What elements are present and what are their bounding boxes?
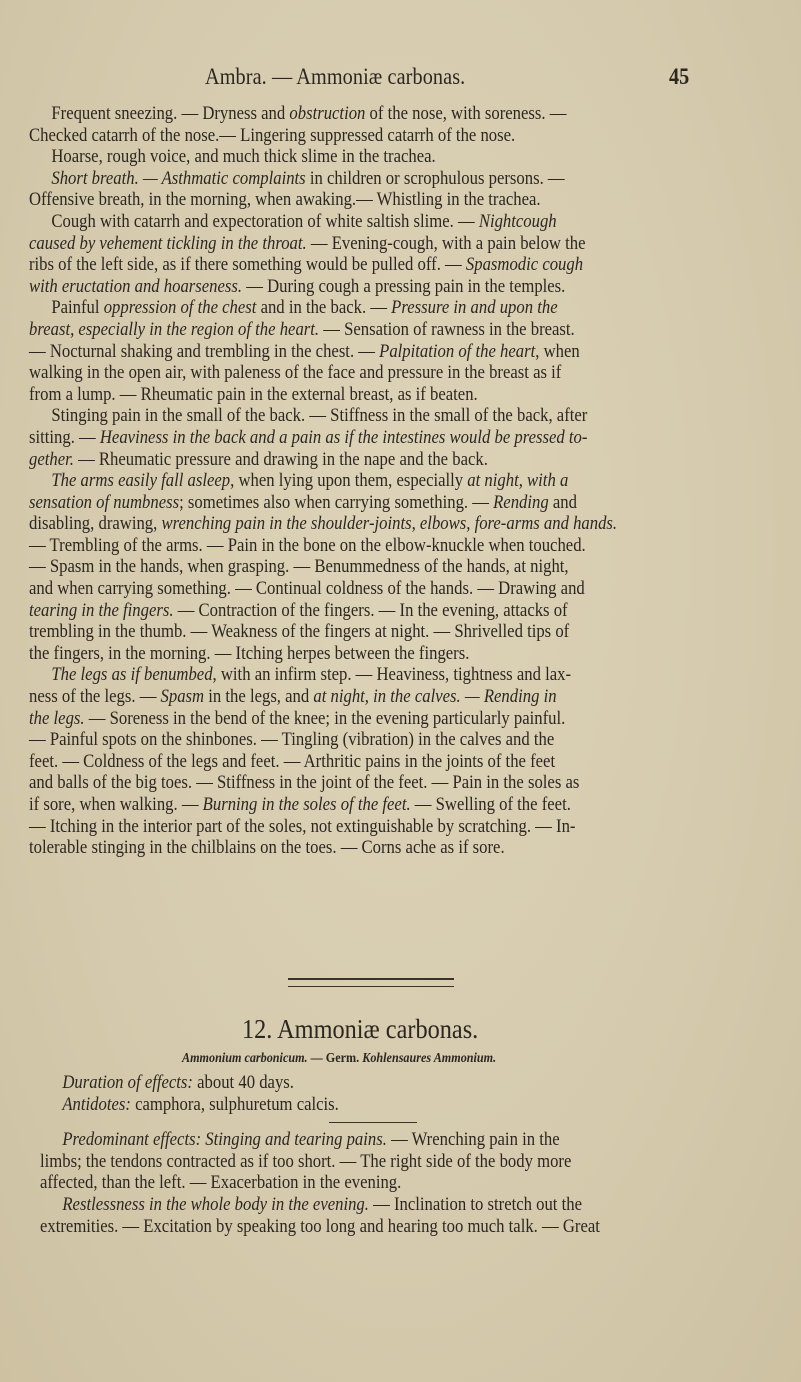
short-rule: [329, 1122, 417, 1123]
text-run: the fingers, in the morning. — Itching h…: [29, 643, 469, 664]
text-run: Checked catarrh of the nose.— Lingering …: [29, 125, 515, 146]
text-line: trembling in the thumb. — Weakness of th…: [29, 621, 605, 643]
text-line: ribs of the left side, as if there somet…: [29, 254, 605, 276]
text-run: Cough with catarrh and expectoration of …: [51, 211, 478, 232]
text-run: — Soreness in the bend of the knee; in t…: [85, 708, 566, 729]
text-run: — Inclination to stretch out the: [369, 1194, 582, 1215]
text-run: ness of the legs. —: [29, 686, 161, 707]
italic-text: Nightcough: [479, 211, 557, 232]
text-run: — Itching in the interior part of the so…: [29, 816, 575, 837]
text-run: if sore, when walking. —: [29, 794, 203, 815]
antidotes-value: camphora, sulphuretum calcis.: [131, 1094, 339, 1115]
running-title: Ambra. — Ammoniæ carbonas.: [205, 64, 465, 90]
text-run: ; sometimes also when carrying something…: [179, 492, 493, 513]
text-run: — During cough a pressing pain in the te…: [242, 276, 565, 297]
text-run: — Nocturnal shaking and trembling in the…: [29, 341, 379, 362]
text-run: from a lump. — Rheumatic pain in the ext…: [29, 384, 478, 405]
text-line: sitting. — Heaviness in the back and a p…: [29, 427, 605, 449]
section-divider: [288, 978, 454, 987]
text-line: if sore, when walking. — Burning in the …: [29, 794, 605, 816]
text-line: The arms easily fall asleep, when lying …: [29, 470, 605, 492]
text-line: sensation of numbness; sometimes also wh…: [29, 492, 605, 514]
text-run: trembling in the thumb. — Weakness of th…: [29, 621, 569, 642]
italic-text: The arms easily fall asleep: [51, 470, 230, 491]
text-run: — Swelling of the feet.: [411, 794, 571, 815]
duration-label: Duration of effects:: [62, 1072, 193, 1093]
italic-text: caused by vehement tickling in the throa…: [29, 233, 307, 254]
text-run: tolerable stinging in the chilblains on …: [29, 837, 505, 858]
text-run: and balls of the big toes. — Stiffness i…: [29, 772, 579, 793]
text-run: Frequent sneezing. — Dryness and: [51, 103, 289, 124]
text-line: Offensive breath, in the morning, when a…: [29, 189, 605, 211]
text-run: — Sensation of rawness in the breast.: [319, 319, 575, 340]
page-number: 45: [669, 64, 689, 90]
italic-text: Pressure in and upon the: [391, 297, 557, 318]
text-run: sitting. —: [29, 427, 100, 448]
italic-text: Predominant effects: Stinging and tearin…: [62, 1129, 387, 1150]
italic-text: Short breath. — Asthmatic complaints: [51, 168, 305, 189]
text-line: — Itching in the interior part of the so…: [29, 816, 605, 838]
text-line: from a lump. — Rheumatic pain in the ext…: [29, 384, 605, 406]
text-line: and when carrying something. — Continual…: [29, 578, 605, 600]
text-line: the fingers, in the morning. — Itching h…: [29, 643, 605, 665]
text-line: — Painful spots on the shinbones. — Ting…: [29, 729, 605, 751]
italic-text: Burning in the soles of the feet.: [203, 794, 411, 815]
text-run: in the legs, and: [204, 686, 313, 707]
text-line: Painful oppression of the chest and in t…: [29, 297, 605, 319]
text-line: Restlessness in the whole body in the ev…: [40, 1194, 616, 1216]
text-run: — Wrenching pain in the: [387, 1129, 560, 1150]
ambra-symptoms-text: Frequent sneezing. — Dryness and obstruc…: [29, 103, 699, 859]
italic-text: Spasmodic cough: [466, 254, 583, 275]
duration-line: Duration of effects: about 40 days.: [40, 1072, 616, 1094]
text-run: affected, than the left. — Exacerbation …: [40, 1172, 401, 1193]
text-run: limbs; the tendons contracted as if too …: [40, 1151, 571, 1172]
text-run: — Evening-cough, with a pain below the: [307, 233, 586, 254]
ammoniae-section-body: Duration of effects: about 40 days. Anti…: [40, 1072, 710, 1237]
text-line: Frequent sneezing. — Dryness and obstruc…: [29, 103, 605, 125]
text-run: in children or scrophulous persons. —: [306, 168, 565, 189]
italic-text: obstruction: [289, 103, 365, 124]
italic-text: oppression of the chest: [104, 297, 257, 318]
italic-text: breast, especially in the region of the …: [29, 319, 319, 340]
running-head: Ambra. — Ammoniæ carbonas. 45: [0, 64, 801, 94]
text-run: Hoarse, rough voice, and much thick slim…: [51, 146, 435, 167]
synonym-german: Kohlensaures Ammonium.: [362, 1050, 496, 1065]
text-line: caused by vehement tickling in the throa…: [29, 233, 605, 255]
text-run: Stinging pain in the small of the back. …: [51, 405, 587, 426]
text-run: , when lying upon them, especially: [230, 470, 467, 491]
italic-text: gether.: [29, 449, 74, 470]
text-run: ribs of the left side, as if there somet…: [29, 254, 466, 275]
synonym-latin: Ammonium carbonicum.: [182, 1050, 308, 1065]
text-line: with eructation and hoarseness. — During…: [29, 276, 605, 298]
text-line: Cough with catarrh and expectoration of …: [29, 211, 605, 233]
italic-text: wrenching pain in the shoulder-joints, e…: [161, 513, 617, 534]
text-line: and balls of the big toes. — Stiffness i…: [29, 772, 605, 794]
text-run: , with an infirm step. — Heaviness, tigh…: [213, 664, 571, 685]
italic-text: with eructation and hoarseness.: [29, 276, 242, 297]
text-line: Hoarse, rough voice, and much thick slim…: [29, 146, 605, 168]
section-synonyms: Ammonium carbonicum. — Germ. Kohlensaure…: [182, 1050, 496, 1066]
italic-text: at night, in the calves. — Rending in: [313, 686, 556, 707]
text-run: Painful: [51, 297, 103, 318]
text-line: walking in the open air, with paleness o…: [29, 362, 605, 384]
text-run: disabling, drawing,: [29, 513, 161, 534]
ammoniae-symptoms-text: Predominant effects: Stinging and tearin…: [40, 1129, 710, 1237]
italic-text: Restlessness in the whole body in the ev…: [62, 1194, 369, 1215]
text-run: , when: [535, 341, 579, 362]
italic-text: The legs as if benumbed: [51, 664, 212, 685]
text-line: affected, than the left. — Exacerbation …: [40, 1172, 616, 1194]
text-line: the legs. — Soreness in the bend of the …: [29, 708, 605, 730]
italic-text: the legs.: [29, 708, 85, 729]
text-line: limbs; the tendons contracted as if too …: [40, 1151, 616, 1173]
italic-text: tearing in the fingers.: [29, 600, 174, 621]
text-line: feet. — Coldness of the legs and feet. —…: [29, 751, 605, 773]
text-line: breast, especially in the region of the …: [29, 319, 605, 341]
text-run: Offensive breath, in the morning, when a…: [29, 189, 541, 210]
text-line: disabling, drawing, wrenching pain in th…: [29, 513, 605, 535]
text-line: Predominant effects: Stinging and tearin…: [40, 1129, 616, 1151]
italic-text: Rending: [493, 492, 549, 513]
text-line: extremities. — Excitation by speaking to…: [40, 1216, 616, 1238]
text-run: and when carrying something. — Continual…: [29, 578, 585, 599]
text-run: — Spasm in the hands, when grasping. — B…: [29, 556, 569, 577]
text-line: Stinging pain in the small of the back. …: [29, 405, 605, 427]
text-line: ness of the legs. — Spasm in the legs, a…: [29, 686, 605, 708]
text-line: The legs as if benumbed, with an infirm …: [29, 664, 605, 686]
text-run: feet. — Coldness of the legs and feet. —…: [29, 751, 555, 772]
text-line: Checked catarrh of the nose.— Lingering …: [29, 125, 605, 147]
text-run: — Trembling of the arms. — Pain in the b…: [29, 535, 586, 556]
italic-text: sensation of numbness: [29, 492, 179, 513]
text-run: — Rheumatic pressure and drawing in the …: [74, 449, 488, 470]
antidotes-line: Antidotes: camphora, sulphuretum calcis.: [40, 1094, 616, 1116]
section-heading: 12. Ammoniæ carbonas.: [242, 1014, 478, 1045]
text-line: — Nocturnal shaking and trembling in the…: [29, 341, 605, 363]
text-line: — Spasm in the hands, when grasping. — B…: [29, 556, 605, 578]
text-run: and in the back. —: [256, 297, 391, 318]
duration-value: about 40 days.: [193, 1072, 294, 1093]
section-title: Ammoniæ carbonas.: [277, 1014, 478, 1044]
italic-text: at night, with a: [467, 470, 568, 491]
italic-text: Spasm: [161, 686, 205, 707]
text-run: — Painful spots on the shinbones. — Ting…: [29, 729, 554, 750]
book-page: Ambra. — Ammoniæ carbonas. 45 Frequent s…: [0, 0, 801, 1382]
text-run: and: [549, 492, 577, 513]
text-line: tolerable stinging in the chilblains on …: [29, 837, 605, 859]
italic-text: Palpitation of the heart: [379, 341, 535, 362]
antidotes-label: Antidotes:: [62, 1094, 131, 1115]
italic-text: Heaviness in the back and a pain as if t…: [100, 427, 588, 448]
synonym-separator: — Germ.: [308, 1050, 363, 1065]
text-run: extremities. — Excitation by speaking to…: [40, 1216, 600, 1237]
text-run: — Contraction of the fingers. — In the e…: [174, 600, 568, 621]
text-run: of the nose, with soreness. —: [365, 103, 566, 124]
section-number: 12.: [242, 1014, 272, 1044]
text-line: Short breath. — Asthmatic complaints in …: [29, 168, 605, 190]
text-line: tearing in the fingers. — Contraction of…: [29, 600, 605, 622]
text-run: walking in the open air, with paleness o…: [29, 362, 561, 383]
text-line: gether. — Rheumatic pressure and drawing…: [29, 449, 605, 471]
text-line: — Trembling of the arms. — Pain in the b…: [29, 535, 605, 557]
